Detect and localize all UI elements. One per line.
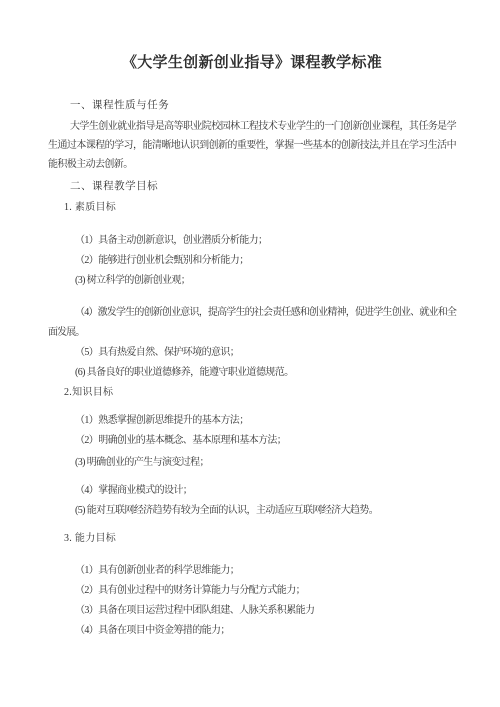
ability-goal-item-4: （4）具备在项目中资金筹措的能力； xyxy=(48,621,456,641)
subsection-heading-ability-goals: 3. 能力目标 xyxy=(48,529,456,548)
document-title: 《大学生创新创业指导》课程教学标准 xyxy=(48,0,456,74)
quality-goal-item-6: (6) 具备良好的职业道德修养，能遵守职业道德规范。 xyxy=(48,363,456,383)
quality-goal-item-2: （2）能够进行创业机会甄别和分析能力； xyxy=(48,251,456,271)
knowledge-goal-item-1: （1）熟悉掌握创新思维提升的基本方法； xyxy=(48,411,456,431)
subsection-heading-knowledge-goals: 2.知识目标 xyxy=(48,383,456,402)
quality-goal-item-5: （5）具有热爱自然、保护环境的意识； xyxy=(48,343,456,363)
quality-goal-item-1: （1）具备主动创新意识，创业潜质分析能力； xyxy=(48,231,456,251)
section-heading-course-nature: 一、课程性质与任务 xyxy=(48,96,456,115)
knowledge-goal-item-3: (3) 明确创业的产生与演变过程； xyxy=(48,453,456,473)
quality-goal-item-4: （4）激发学生的创新创业意识，提高学生的社会责任感和创业精神，促进学生创业、就业… xyxy=(48,303,456,343)
quality-goal-item-3: (3) 树立科学的创新创业观； xyxy=(48,271,456,291)
ability-goal-item-1: （1）具有创新创业者的科学思维能力； xyxy=(48,561,456,581)
ability-goal-item-3: （3）具备在项目运营过程中团队组建、人脉关系积累能力 xyxy=(48,601,456,621)
ability-goal-item-2: （2）具有创业过程中的财务计算能力与分配方式能力； xyxy=(48,581,456,601)
subsection-heading-quality-goals: 1. 素质目标 xyxy=(48,198,456,217)
knowledge-goal-item-2: （2）明确创业的基本概念、基本原理和基本方法； xyxy=(48,431,456,451)
knowledge-goal-item-5: (5) 能对互联网经济趋势有较为全面的认识，主动适应互联网经济大趋势。 xyxy=(48,501,456,521)
course-nature-paragraph: 大学生创业就业指导是高等职业院校园林工程技术专业学生的一门创新创业课程，其任务是… xyxy=(48,117,456,174)
document-page: 《大学生创新创业指导》课程教学标准 一、课程性质与任务 大学生创业就业指导是高等… xyxy=(0,0,500,707)
knowledge-goal-item-4: （4）掌握商业模式的设计； xyxy=(48,481,456,501)
section-heading-teaching-goals: 二、课程教学目标 xyxy=(48,177,456,196)
